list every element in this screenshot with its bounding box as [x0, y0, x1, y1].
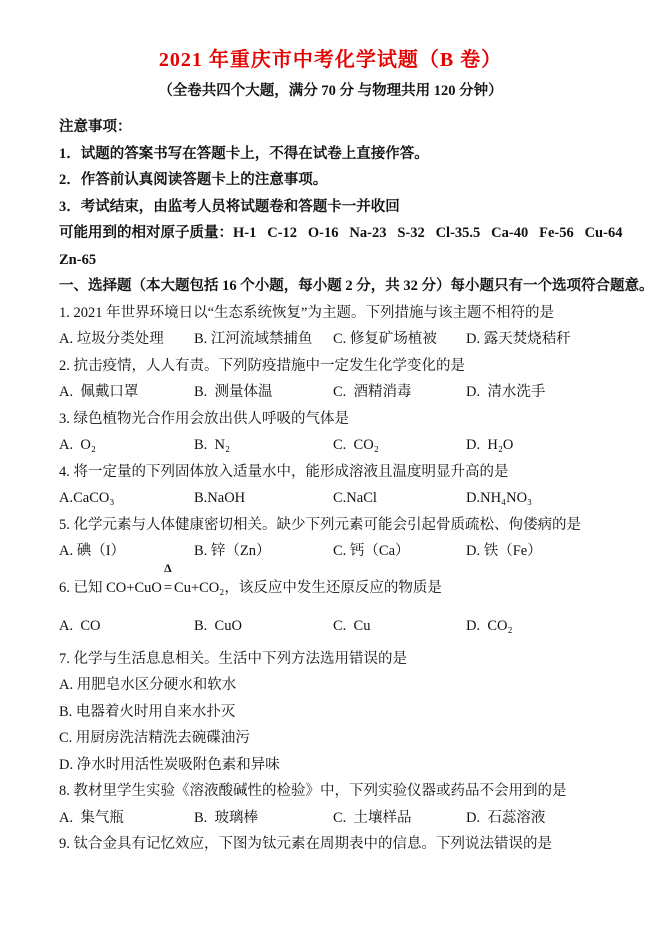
q5-option-b: B. 锌（Zn）	[194, 538, 333, 565]
q6-option-d: D. CO₂	[466, 613, 639, 640]
document-body: 注意事项： 1．试题的答案书写在答题卡上，不得在试卷上直接作答。 2．作答前认真…	[59, 114, 639, 858]
q6-stem-prefix: 6. 已知 CO+CuO	[59, 580, 162, 596]
q8-option-a: A. 集气瓶	[59, 805, 194, 832]
q4-option-b: B.NaOH	[194, 485, 333, 512]
q6-option-b: B. CuO	[194, 613, 333, 640]
atomic-mass-line-1: 可能用到的相对原子质量：H-1 C-12 O-16 Na-23 S-32 Cl-…	[59, 220, 639, 247]
q5-option-d: D. 铁（Fe）	[466, 538, 639, 565]
q4-option-c: C.NaCl	[333, 485, 466, 512]
q6-option-c: C. Cu	[333, 613, 466, 640]
q7-option-b: B. 电器着火时用自来水扑灭	[59, 699, 639, 726]
q3-option-b: B. N₂	[194, 432, 333, 459]
q2-option-c: C. 酒精消毒	[333, 379, 466, 406]
q8-option-b: B. 玻璃棒	[194, 805, 333, 832]
equals-sign: =	[164, 580, 172, 596]
q5-option-a: A. 碘（I）	[59, 538, 194, 565]
q8-option-d: D. 石蕊溶液	[466, 805, 639, 832]
notice-item-3: 3．考试结束，由监考人员将试题卷和答题卡一并收回	[59, 194, 639, 221]
q3-option-d: D. H₂O	[466, 432, 639, 459]
q2-option-d: D. 清水洗手	[466, 379, 639, 406]
q8-stem: 8. 教材里学生实验《溶液酸碱性的检验》中，下列实验仪器或药品不会用到的是	[59, 778, 639, 805]
q4-options: A.CaCO₃ B.NaOH C.NaCl D.NH₄NO₃	[59, 485, 639, 512]
q4-option-d: D.NH₄NO₃	[466, 485, 639, 512]
q6-options: A. CO B. CuO C. Cu D. CO₂	[59, 613, 639, 640]
q7-option-d: D. 净水时用活性炭吸附色素和异味	[59, 752, 639, 779]
q7-option-a: A. 用肥皂水区分硬水和软水	[59, 672, 639, 699]
notice-item-1: 1．试题的答案书写在答题卡上，不得在试卷上直接作答。	[59, 141, 639, 168]
q5-option-c: C. 钙（Ca）	[333, 538, 466, 565]
q4-option-a: A.CaCO₃	[59, 485, 194, 512]
q6-option-a: A. CO	[59, 613, 194, 640]
page-title: 2021 年重庆市中考化学试题（B 卷）	[0, 46, 661, 74]
notice-item-2: 2．作答前认真阅读答题卡上的注意事项。	[59, 167, 639, 194]
q7-stem: 7. 化学与生活息息相关。生活中下列方法选用错误的是	[59, 646, 639, 673]
atomic-mass-line-2: Zn-65	[59, 247, 639, 274]
q2-options: A. 佩戴口罩 B. 测量体温 C. 酒精消毒 D. 清水洗手	[59, 379, 639, 406]
q1-option-a: A. 垃圾分类处理	[59, 326, 194, 353]
q1-option-c: C. 修复矿场植被	[333, 326, 466, 353]
q7-option-c: C. 用厨房洗洁精洗去碗碟油污	[59, 725, 639, 752]
delta-heat-symbol: Δ	[164, 562, 172, 574]
page-subtitle: （全卷共四个大题，满分 70 分 与物理共用 120 分钟）	[0, 80, 661, 102]
q6-equation-sign: Δ=	[162, 575, 174, 602]
q8-options: A. 集气瓶 B. 玻璃棒 C. 土壤样品 D. 石蕊溶液	[59, 805, 639, 832]
q9-stem: 9. 钛合金具有记忆效应，下图为钛元素在周期表中的信息。下列说法错误的是	[59, 831, 639, 858]
exam-document-page: 2021 年重庆市中考化学试题（B 卷） （全卷共四个大题，满分 70 分 与物…	[0, 0, 661, 935]
q6-stem-suffix: Cu+CO₂，该反应中发生还原反应的物质是	[174, 580, 442, 596]
q1-options: A. 垃圾分类处理 B. 江河流域禁捕鱼 C. 修复矿场植被 D. 露天焚烧秸秆	[59, 326, 639, 353]
q5-stem: 5. 化学元素与人体健康密切相关。缺少下列元素可能会引起骨质疏松、佝偻病的是	[59, 512, 639, 539]
q2-option-a: A. 佩戴口罩	[59, 379, 194, 406]
q2-stem: 2. 抗击疫情，人人有责。下列防疫措施中一定发生化学变化的是	[59, 353, 639, 380]
notice-header: 注意事项：	[59, 114, 639, 141]
q8-option-c: C. 土壤样品	[333, 805, 466, 832]
q4-stem: 4. 将一定量的下列固体放入适量水中，能形成溶液且温度明显升高的是	[59, 459, 639, 486]
q1-stem: 1. 2021 年世界环境日以“生态系统恢复”为主题。下列措施与该主题不相符的是	[59, 300, 639, 327]
q1-option-d: D. 露天焚烧秸秆	[466, 326, 639, 353]
q5-options: A. 碘（I） B. 锌（Zn） C. 钙（Ca） D. 铁（Fe）	[59, 538, 639, 565]
q3-option-a: A. O₂	[59, 432, 194, 459]
q2-option-b: B. 测量体温	[194, 379, 333, 406]
q3-stem: 3. 绿色植物光合作用会放出供人呼吸的气体是	[59, 406, 639, 433]
q6-stem: 6. 已知 CO+CuOΔ=Cu+CO₂，该反应中发生还原反应的物质是	[59, 575, 639, 602]
q3-options: A. O₂ B. N₂ C. CO₂ D. H₂O	[59, 432, 639, 459]
q3-option-c: C. CO₂	[333, 432, 466, 459]
section-header: 一、选择题（本大题包括 16 个小题，每小题 2 分，共 32 分）每小题只有一…	[59, 273, 639, 300]
q1-option-b: B. 江河流域禁捕鱼	[194, 326, 333, 353]
